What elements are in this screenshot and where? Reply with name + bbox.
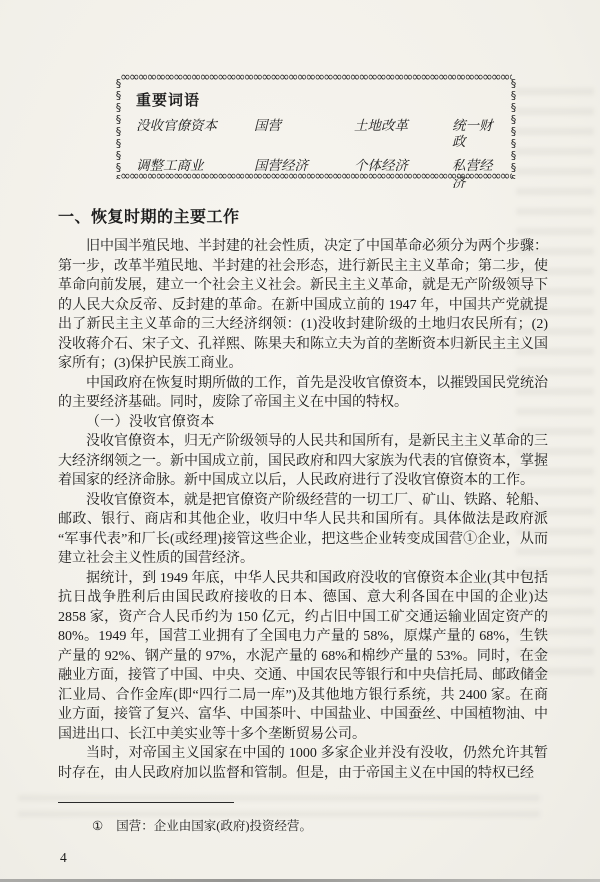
decorative-chain-border-top: ∞∞∞∞∞∞∞∞∞∞∞∞∞∞∞∞∞∞∞∞∞∞∞∞∞∞∞∞∞∞∞∞∞∞∞∞∞∞∞∞…: [120, 72, 512, 85]
key-terms-box: ∞∞∞∞∞∞∞∞∞∞∞∞∞∞∞∞∞∞∞∞∞∞∞∞∞∞∞∞∞∞∞∞∞∞∞∞∞∞∞∞…: [112, 72, 520, 184]
key-terms-title: 重要词语: [136, 93, 504, 108]
key-terms-content: 重要词语 没收官僚资本 国营 土地改革 统一财政 调整工商业 国营经济 个体经济…: [136, 93, 504, 170]
footnote-divider: [58, 802, 234, 803]
subsection-heading: （一）没收官僚资本: [58, 413, 548, 433]
footnote: ①国营：企业由国家(政府)投资经营。: [58, 818, 548, 835]
key-term: 调整工商业: [136, 158, 254, 190]
paragraph-3: 没收官僚资本，归无产阶级领导的人民共和国所有，是新民主主义革命的三大经济纲领之一…: [58, 432, 548, 491]
key-term: 没收官僚资本: [136, 118, 254, 150]
key-terms-grid: 没收官僚资本 国营 土地改革 统一财政 调整工商业 国营经济 个体经济 私营经济: [136, 118, 504, 191]
footnote-marker: ①: [92, 819, 103, 833]
key-term: 国营: [254, 118, 354, 150]
key-term: 统一财政: [452, 118, 504, 150]
key-term: 私营经济: [452, 158, 504, 190]
book-page: ∞∞∞∞∞∞∞∞∞∞∞∞∞∞∞∞∞∞∞∞∞∞∞∞∞∞∞∞∞∞∞∞∞∞∞∞∞∞∞∞…: [0, 0, 600, 882]
key-term: 个体经济: [354, 158, 452, 190]
decorative-chain-border-left: §§§§§§§§§§§§§§: [112, 77, 125, 179]
footnote-text: 国营：企业由国家(政府)投资经营。: [116, 819, 312, 833]
key-term: 国营经济: [254, 158, 354, 190]
paragraph-4: 没收官僚资本，就是把官僚资产阶级经营的一切工厂、矿山、铁路、轮船、邮政、银行、商…: [58, 491, 548, 569]
key-term: 土地改革: [354, 118, 452, 150]
page-number: 4: [58, 850, 548, 866]
paragraph-6: 当时，对帝国主义国家在中国的 1000 多家企业并没有没收，仍然允许其暂时存在，…: [58, 744, 548, 783]
paragraph-1: 旧中国半殖民地、半封建的社会性质，决定了中国革命必须分为两个步骤：第一步，改革半…: [58, 237, 548, 374]
paragraph-2: 中国政府在恢复时期所做的工作，首先是没收官僚资本，以摧毁国民党统治的主要经济基础…: [58, 374, 548, 413]
paragraph-5: 据统计，到 1949 年底，中华人民共和国政府没收的官僚资本企业(其中包括抗日战…: [58, 569, 548, 745]
section-heading: 一、恢复时期的主要工作: [58, 210, 548, 226]
decorative-chain-border-right: §§§§§§§§§§§§§§: [507, 77, 520, 179]
